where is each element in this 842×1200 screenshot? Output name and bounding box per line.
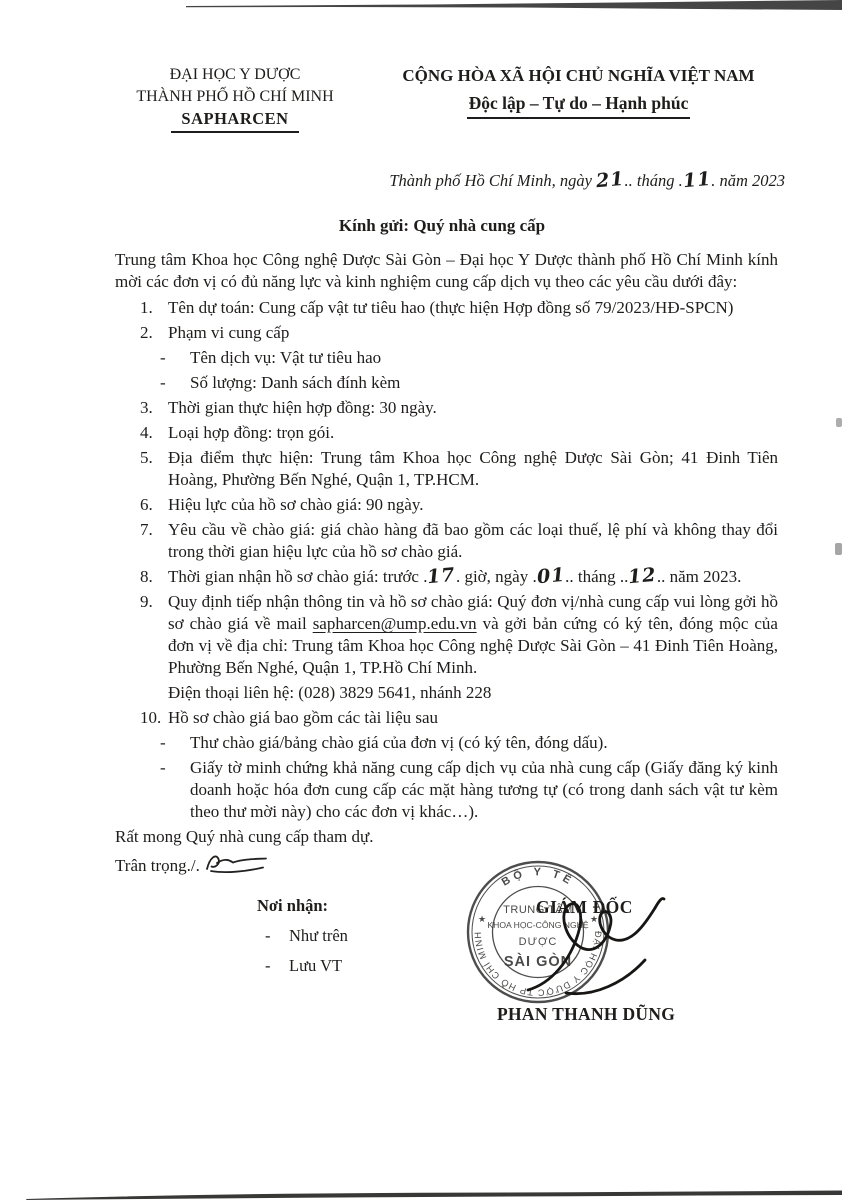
scan-edge-bottom bbox=[0, 1184, 842, 1200]
intro-paragraph: Trung tâm Khoa học Công nghệ Dược Sài Gò… bbox=[115, 249, 778, 293]
list-item-5: 5. Địa điểm thực hiện: Trung tâm Khoa họ… bbox=[115, 447, 778, 491]
handwritten-day: 21 bbox=[596, 179, 624, 181]
dash-bullet: - bbox=[160, 757, 190, 823]
dash-bullet: - bbox=[160, 732, 190, 754]
email-link[interactable]: sapharcen@ump.edu.vn bbox=[313, 614, 477, 633]
scan-speck bbox=[836, 418, 842, 427]
handwritten-deadline-month: 12 bbox=[628, 575, 656, 577]
contact-phone: Điện thoại liên hệ: (028) 3829 5641, nhá… bbox=[115, 682, 778, 704]
list-item-9: 9. Quy định tiếp nhận thông tin và hồ sơ… bbox=[115, 591, 778, 679]
dash-bullet: - bbox=[160, 372, 190, 394]
handwritten-initials bbox=[202, 851, 272, 877]
list-item-2: 2. Phạm vi cung cấp bbox=[115, 322, 778, 344]
list-item-2-sub-2: - Số lượng: Danh sách đính kèm bbox=[115, 372, 778, 394]
org-name-line2: THÀNH PHỐ HỒ CHÍ MINH bbox=[95, 86, 375, 108]
dash-bullet: - bbox=[265, 925, 289, 947]
org-abbrev: SAPHARCEN bbox=[171, 108, 298, 133]
dateline-text: Thành phố Hồ Chí Minh, ngày bbox=[389, 171, 596, 190]
org-header: ĐẠI HỌC Y DƯỢC THÀNH PHỐ HỒ CHÍ MINH SAP… bbox=[95, 64, 375, 133]
dash-bullet: - bbox=[265, 955, 289, 977]
list-item-10-sub-2: - Giấy tờ minh chứng khả năng cung cấp d… bbox=[115, 757, 778, 823]
list-item-7: 7. Yêu cầu về chào giá: giá chào hàng đã… bbox=[115, 519, 778, 563]
closing-line-1: Rất mong Quý nhà cung cấp tham dự. bbox=[115, 826, 778, 848]
org-name-line1: ĐẠI HỌC Y DƯỢC bbox=[95, 64, 375, 86]
stamp-star-left-icon: ★ bbox=[478, 914, 486, 924]
scan-speck bbox=[835, 543, 842, 555]
signer-name: PHAN THANH DŨNG bbox=[497, 1004, 675, 1025]
list-item-10-sub-1: - Thư chào giá/bảng chào giá của đơn vị … bbox=[115, 732, 778, 754]
scan-edge-top bbox=[0, 0, 842, 14]
handwritten-deadline-day: 01 bbox=[537, 575, 565, 577]
director-signature bbox=[518, 886, 668, 1004]
national-header: CỘNG HÒA XÃ HỘI CHỦ NGHĨA VIỆT NAM Độc l… bbox=[375, 64, 782, 133]
handwritten-month: 11 bbox=[683, 179, 711, 181]
list-item-1: 1. Tên dự toán: Cung cấp vật tư tiêu hao… bbox=[115, 297, 778, 319]
national-motto-line1: CỘNG HÒA XÃ HỘI CHỦ NGHĨA VIỆT NAM bbox=[375, 64, 782, 88]
national-motto-line2: Độc lập – Tự do – Hạnh phúc bbox=[467, 91, 691, 119]
closing-line-2: Trân trọng./. bbox=[115, 851, 778, 877]
list-item-8: 8. Thời gian nhận hồ sơ chào giá: trước … bbox=[115, 566, 778, 588]
list-item-2-sub-1: - Tên dịch vụ: Vật tư tiêu hao bbox=[115, 347, 778, 369]
scanned-letter-page: ĐẠI HỌC Y DƯỢC THÀNH PHỐ HỒ CHÍ MINH SAP… bbox=[0, 0, 842, 1200]
list-item-4: 4. Loại hợp đồng: trọn gói. bbox=[115, 422, 778, 444]
dateline: Thành phố Hồ Chí Minh, ngày 21.. tháng .… bbox=[0, 171, 842, 191]
handwritten-hour: 17 bbox=[428, 575, 456, 577]
recipients-block: Nơi nhận: - Như trên - Lưu VT bbox=[115, 895, 778, 977]
list-item-6: 6. Hiệu lực của hồ sơ chào giá: 90 ngày. bbox=[115, 494, 778, 516]
letter-body: Trung tâm Khoa học Công nghệ Dược Sài Gò… bbox=[0, 236, 842, 977]
salutation: Kính gửi: Quý nhà cung cấp bbox=[0, 216, 842, 236]
letterhead: ĐẠI HỌC Y DƯỢC THÀNH PHỐ HỒ CHÍ MINH SAP… bbox=[0, 0, 842, 133]
dash-bullet: - bbox=[160, 347, 190, 369]
list-item-3: 3. Thời gian thực hiện hợp đồng: 30 ngày… bbox=[115, 397, 778, 419]
list-item-10: 10. Hồ sơ chào giá bao gồm các tài liệu … bbox=[115, 707, 778, 729]
